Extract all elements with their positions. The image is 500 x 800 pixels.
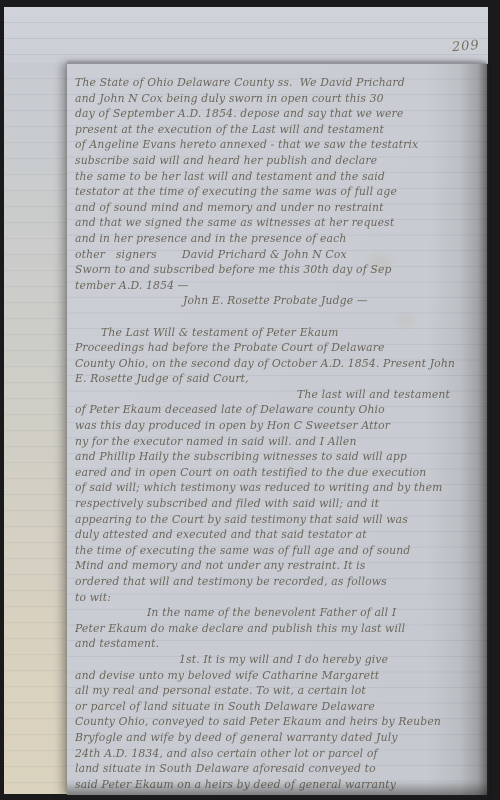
handwritten-line: Sworn to and subscribed before me this 3… <box>75 262 483 278</box>
handwritten-line: of said will; which testimony was reduce… <box>75 480 483 496</box>
handwritten-line: was this day produced in open by Hon C S… <box>75 418 483 434</box>
handwritten-line: eared and in open Court on oath testifie… <box>75 465 483 481</box>
handwritten-line: and John N Cox being duly sworn in open … <box>75 91 483 107</box>
handwritten-line: of Peter Ekaum deceased late of Delaware… <box>75 402 483 418</box>
handwritten-line: The Last Will & testament of Peter Ekaum <box>75 325 483 341</box>
handwritten-line: The last will and testament <box>75 387 483 403</box>
handwritten-line: E. Rosette Judge of said Court, <box>75 371 483 387</box>
handwritten-line: appearing to the Court by said testimony… <box>75 512 483 528</box>
handwritten-line: all my real and personal estate. To wit,… <box>75 683 483 699</box>
handwritten-line: County Ohio, conveyed to said Peter Ekau… <box>75 714 483 730</box>
handwritten-line: 24th A.D. 1834, and also certain other l… <box>75 746 483 762</box>
handwritten-line: and Phillip Haily the subscribing witnes… <box>75 449 483 465</box>
handwritten-line: respectively subscribed and filed with s… <box>75 496 483 512</box>
handwritten-line: of Angeline Evans hereto annexed - that … <box>75 137 483 153</box>
handwritten-line: the time of executing the same was of fu… <box>75 543 483 559</box>
handwritten-line: Peter Ekaum do make declare and publish … <box>75 621 483 637</box>
handwritten-line: land situate in South Delaware aforesaid… <box>75 761 483 777</box>
handwritten-line: to wit: <box>75 590 483 606</box>
handwritten-line: the same to be her last will and testame… <box>75 169 483 185</box>
scanned-record-frame: The State of Ohio Delaware County ss. We… <box>0 0 500 800</box>
handwritten-line: and devise unto my beloved wife Catharin… <box>75 668 483 684</box>
handwritten-line: Mind and memory and not under any restra… <box>75 558 483 574</box>
handwritten-line: subscribe said will and heard her publis… <box>75 153 483 169</box>
handwritten-text: The State of Ohio Delaware County ss. We… <box>75 75 483 792</box>
handwritten-line: ordered that will and testimony be recor… <box>75 574 483 590</box>
handwritten-line: day of September A.D. 1854. depose and s… <box>75 106 483 122</box>
handwritten-line: Bryfogle and wife by deed of general war… <box>75 730 483 746</box>
handwritten-line: testator at the time of executing the sa… <box>75 184 483 200</box>
handwritten-line: other signers David Prichard & John N Co… <box>75 247 483 263</box>
handwritten-line: 1st. It is my will and I do hereby give <box>75 652 483 668</box>
handwritten-line: said Peter Ekaum on a heirs by deed of g… <box>75 777 483 793</box>
handwritten-line: Proceedings had before the Probate Court… <box>75 340 483 356</box>
facing-page-edge <box>4 63 68 794</box>
record-page: The State of Ohio Delaware County ss. We… <box>67 63 487 795</box>
handwritten-line: and testament. <box>75 636 483 652</box>
handwritten-line: ny for the executor named in said will. … <box>75 434 483 450</box>
handwritten-line: duly attested and executed and that said… <box>75 527 483 543</box>
handwritten-line: and that we signed the same as witnesses… <box>75 215 483 231</box>
handwritten-line: and in her presence and in the presence … <box>75 231 483 247</box>
handwritten-line: County Ohio, on the second day of Octobe… <box>75 356 483 372</box>
handwritten-line: In the name of the benevolent Father of … <box>75 605 483 621</box>
handwritten-line: and of sound mind and memory and under n… <box>75 200 483 216</box>
handwritten-line: John E. Rosette Probate Judge — <box>75 293 483 309</box>
handwritten-line: The State of Ohio Delaware County ss. We… <box>75 75 483 91</box>
previous-page-edge <box>4 7 488 64</box>
handwritten-line: or parcel of land situate in South Delaw… <box>75 699 483 715</box>
handwritten-line: present at the execution of the Last wil… <box>75 122 483 138</box>
handwritten-line: tember A.D. 1854 — <box>75 278 483 294</box>
handwritten-line <box>75 309 483 325</box>
page-number: 209 <box>451 39 480 55</box>
